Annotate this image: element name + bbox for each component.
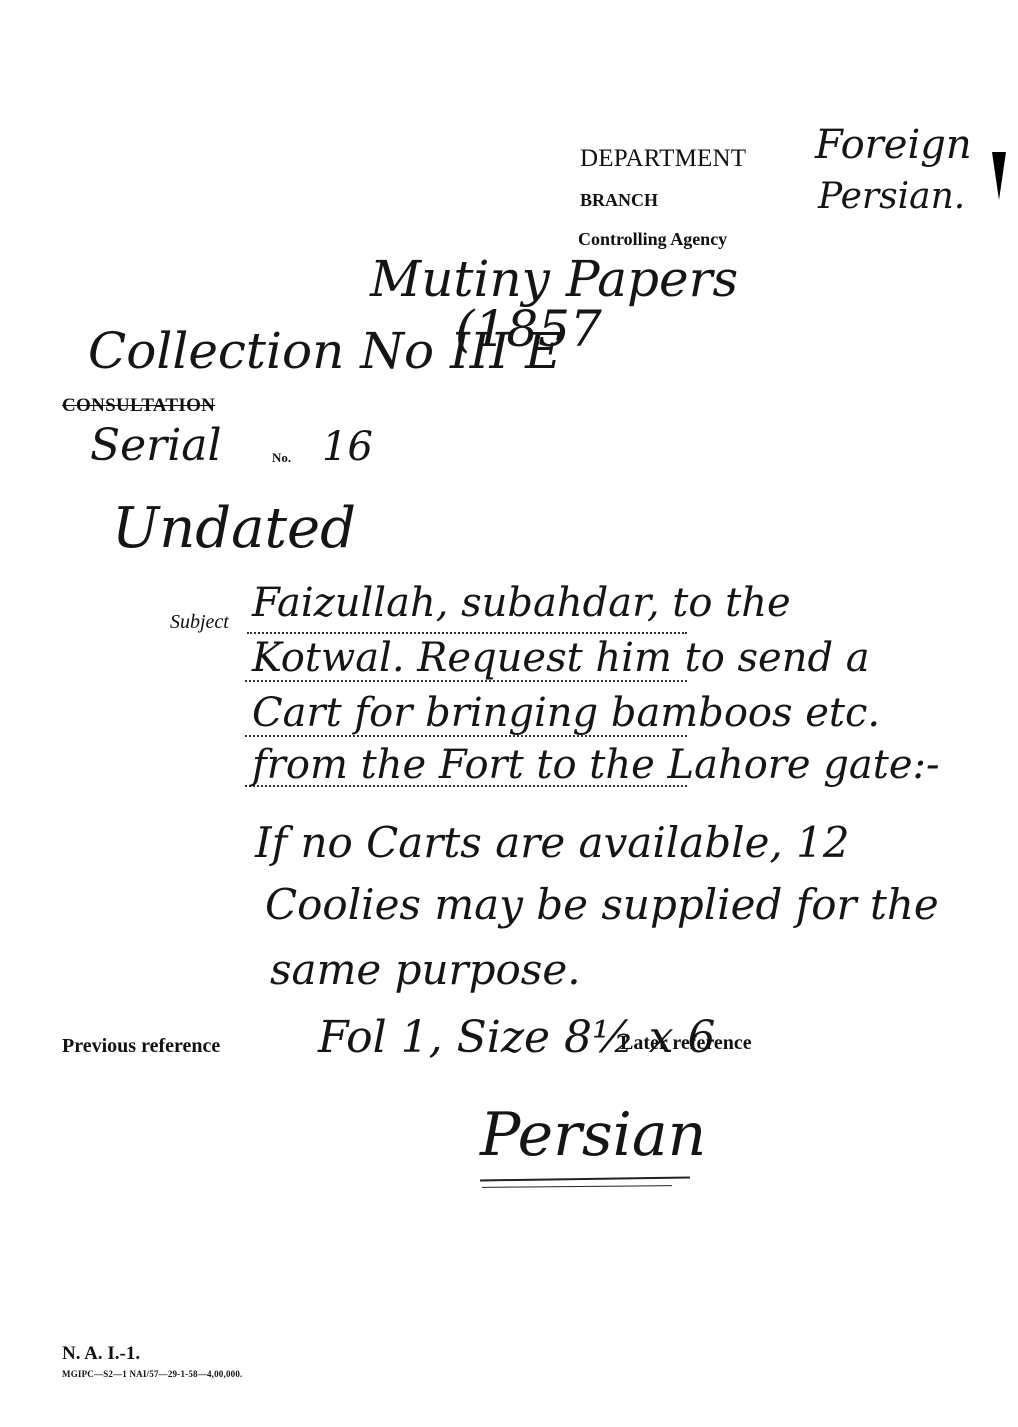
subject-line-1: Faizullah, subahdar, to the: [252, 580, 791, 626]
date-value: Undated: [112, 496, 356, 561]
subject-line-5: If no Carts are available, 12: [255, 818, 850, 867]
subject-line-2: Kotwal. Request him to send a: [252, 635, 870, 681]
serial-label: Serial: [90, 420, 222, 471]
subject-label: Subject: [170, 611, 229, 634]
serial-value: 16: [322, 424, 373, 470]
department-label: DEPARTMENT: [580, 145, 746, 173]
subject-line-7: same purpose.: [270, 945, 581, 994]
controlling-agency-label: Controlling Agency: [578, 229, 727, 250]
consultation-label-struck: CONSULTATION: [62, 395, 215, 417]
subject-line-4: from the Fort to the Lahore gate:-: [252, 742, 939, 788]
previous-reference-label: Previous reference: [62, 1035, 220, 1058]
later-reference-label: Later reference: [620, 1032, 752, 1055]
subject-line-3: Cart for bringing bamboos etc.: [252, 690, 880, 736]
language-value: Persian: [480, 1100, 706, 1170]
subject-dotline-1: [247, 632, 687, 634]
serial-no-label: No.: [272, 450, 291, 466]
collection-year: (1857: [455, 300, 602, 358]
form-code: N. A. I.-1.: [62, 1343, 140, 1365]
print-line: MGIPC—S2—1 NAI/57—29-1-58—4,00,000.: [62, 1369, 243, 1379]
language-underline-2: [482, 1185, 672, 1188]
department-value: Foreign: [815, 122, 972, 168]
edge-mark: [992, 152, 1006, 200]
subject-line-6: Coolies may be supplied for the: [265, 880, 939, 929]
language-underline-1: [480, 1177, 690, 1182]
branch-value: Persian.: [818, 176, 965, 217]
branch-label: BRANCH: [580, 190, 658, 211]
